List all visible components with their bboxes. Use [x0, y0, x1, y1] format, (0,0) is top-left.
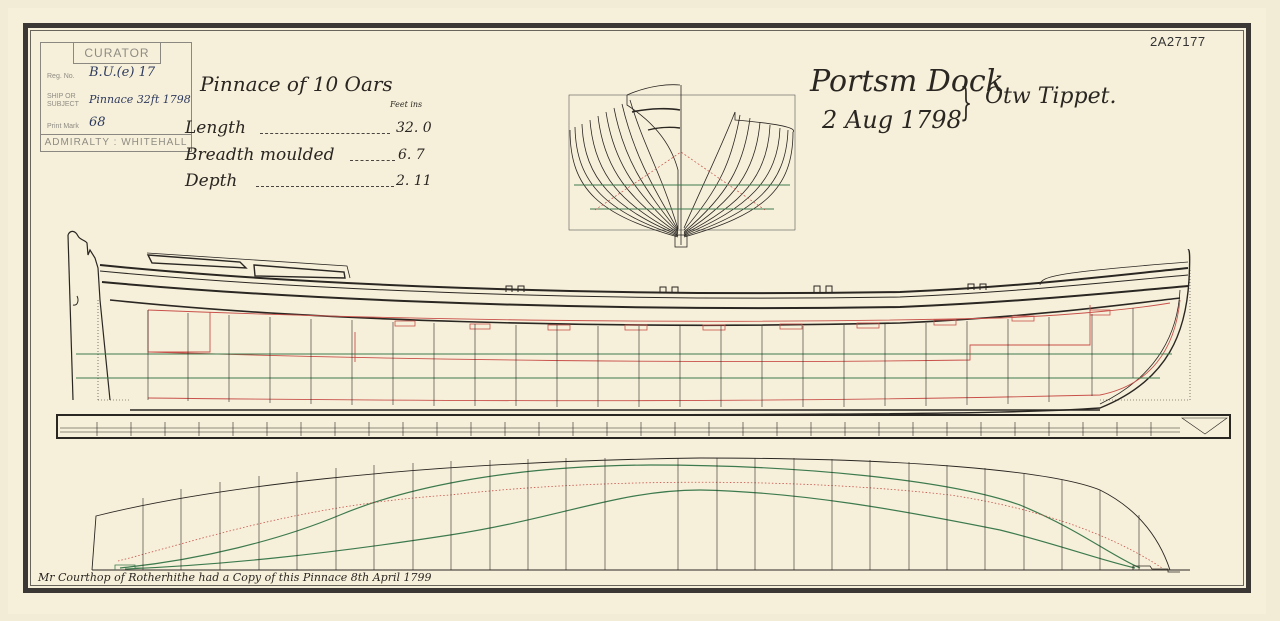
ship-drawing [0, 0, 1280, 621]
scale-bar [57, 415, 1230, 438]
body-plan [569, 85, 795, 247]
sheer-plan [68, 231, 1190, 415]
half-breadth-plan [92, 458, 1190, 572]
